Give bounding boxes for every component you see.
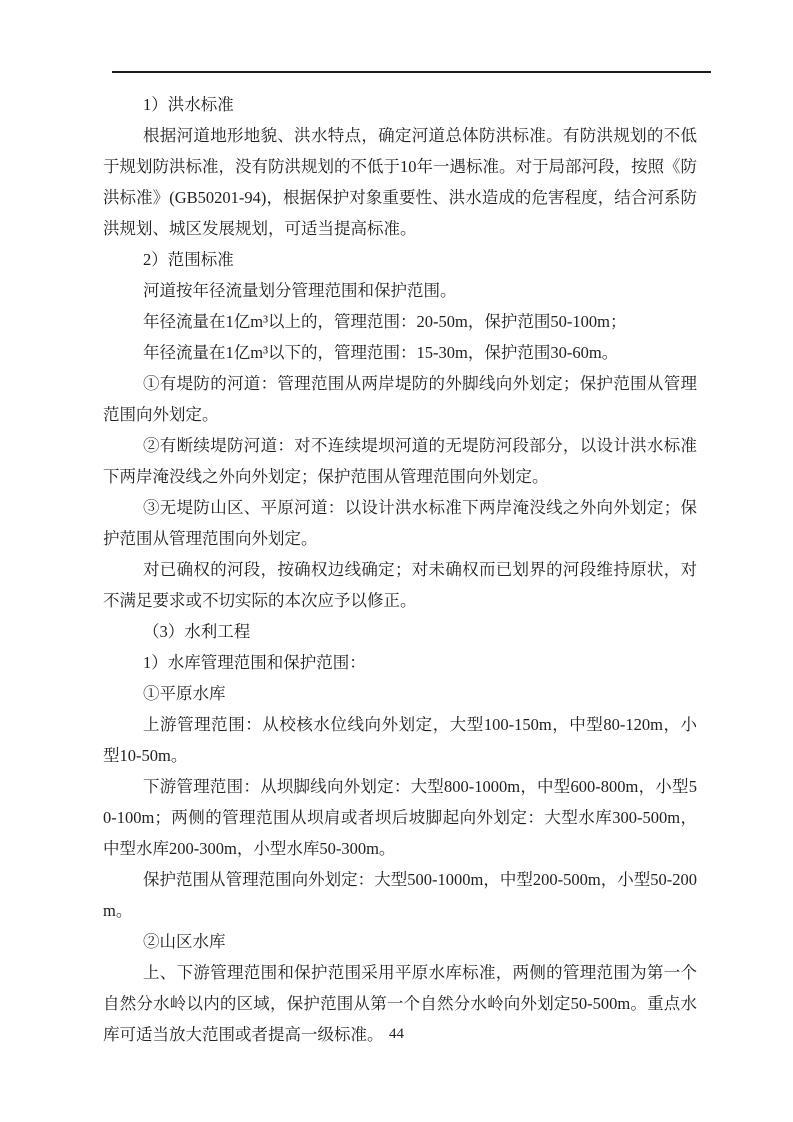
paragraph: 年径流量在1亿m³以上的，管理范围：20-50m，保护范围50-100m； [103,306,697,337]
document-body: 1）洪水标准 根据河道地形地貌、洪水特点，确定河道总体防洪标准。有防洪规划的不低… [103,89,697,1050]
paragraph: 1）水库管理范围和保护范围： [103,647,697,678]
paragraph: 河道按年径流量划分管理范围和保护范围。 [103,275,697,306]
page-number: 44 [0,1024,793,1044]
paragraph: ②山区水库 [103,926,697,957]
paragraph: 1）洪水标准 [103,89,697,120]
paragraph: 2）范围标准 [103,244,697,275]
paragraph: （3）水利工程 [103,616,697,647]
header-rule [112,71,711,73]
paragraph: 对已确权的河段，按确权边线确定；对未确权而已划界的河段维持原状，对不满足要求或不… [103,554,697,616]
paragraph: 上游管理范围：从校核水位线向外划定，大型100-150m，中型80-120m，小… [103,709,697,771]
paragraph: 根据河道地形地貌、洪水特点，确定河道总体防洪标准。有防洪规划的不低于规划防洪标准… [103,120,697,244]
paragraph: ①平原水库 [103,678,697,709]
paragraph: 年径流量在1亿m³以下的，管理范围：15-30m，保护范围30-60m。 [103,337,697,368]
document-page: 1）洪水标准 根据河道地形地貌、洪水特点，确定河道总体防洪标准。有防洪规划的不低… [0,0,793,1122]
paragraph: 保护范围从管理范围向外划定：大型500-1000m，中型200-500m，小型5… [103,864,697,926]
paragraph: 下游管理范围：从坝脚线向外划定：大型800-1000m，中型600-800m，小… [103,771,697,864]
paragraph: ②有断续堤防河道：对不连续堤坝河道的无堤防河段部分，以设计洪水标准下两岸淹没线之… [103,430,697,492]
paragraph: ①有堤防的河道：管理范围从两岸堤防的外脚线向外划定；保护范围从管理范围向外划定。 [103,368,697,430]
paragraph: ③无堤防山区、平原河道：以设计洪水标准下两岸淹没线之外向外划定；保护范围从管理范… [103,492,697,554]
